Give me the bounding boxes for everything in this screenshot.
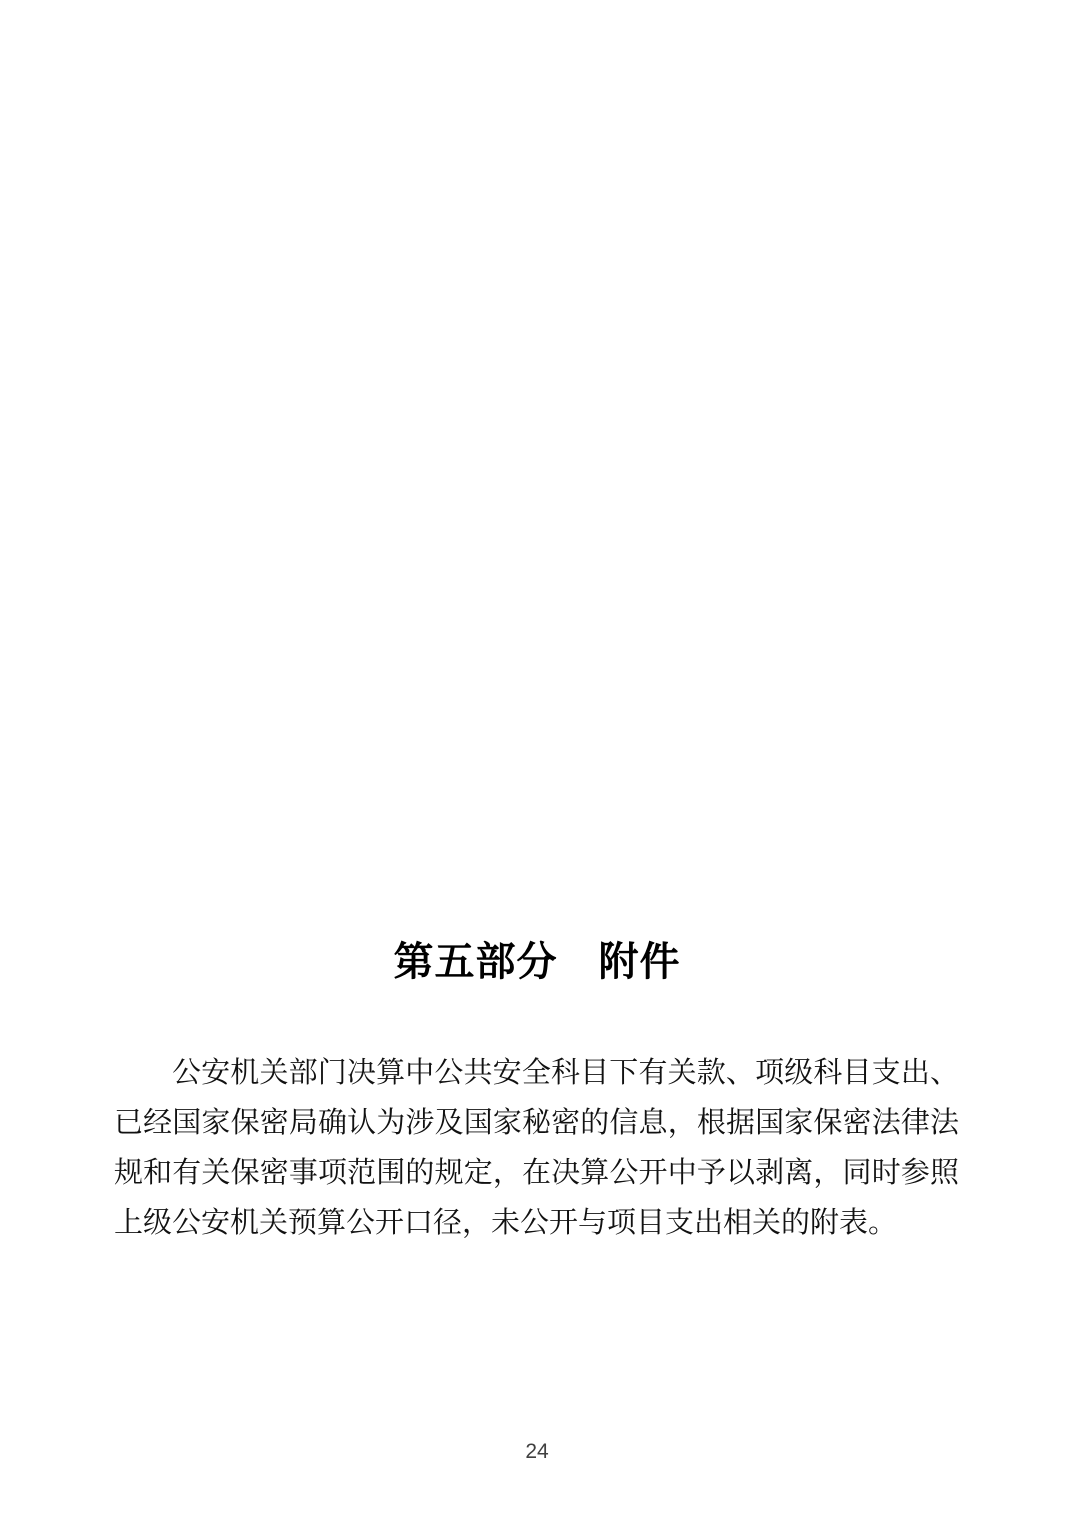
body-paragraph: 公安机关部门决算中公共安全科目下有关款、项级科目支出、已经国家保密局确认为涉及国… [114,1048,959,1248]
document-page: 第五部分 附件 公安机关部门决算中公共安全科目下有关款、项级科目支出、已经国家保… [0,0,1074,1520]
page-number: 24 [0,1441,1074,1463]
section-heading: 第五部分 附件 [0,941,1074,983]
